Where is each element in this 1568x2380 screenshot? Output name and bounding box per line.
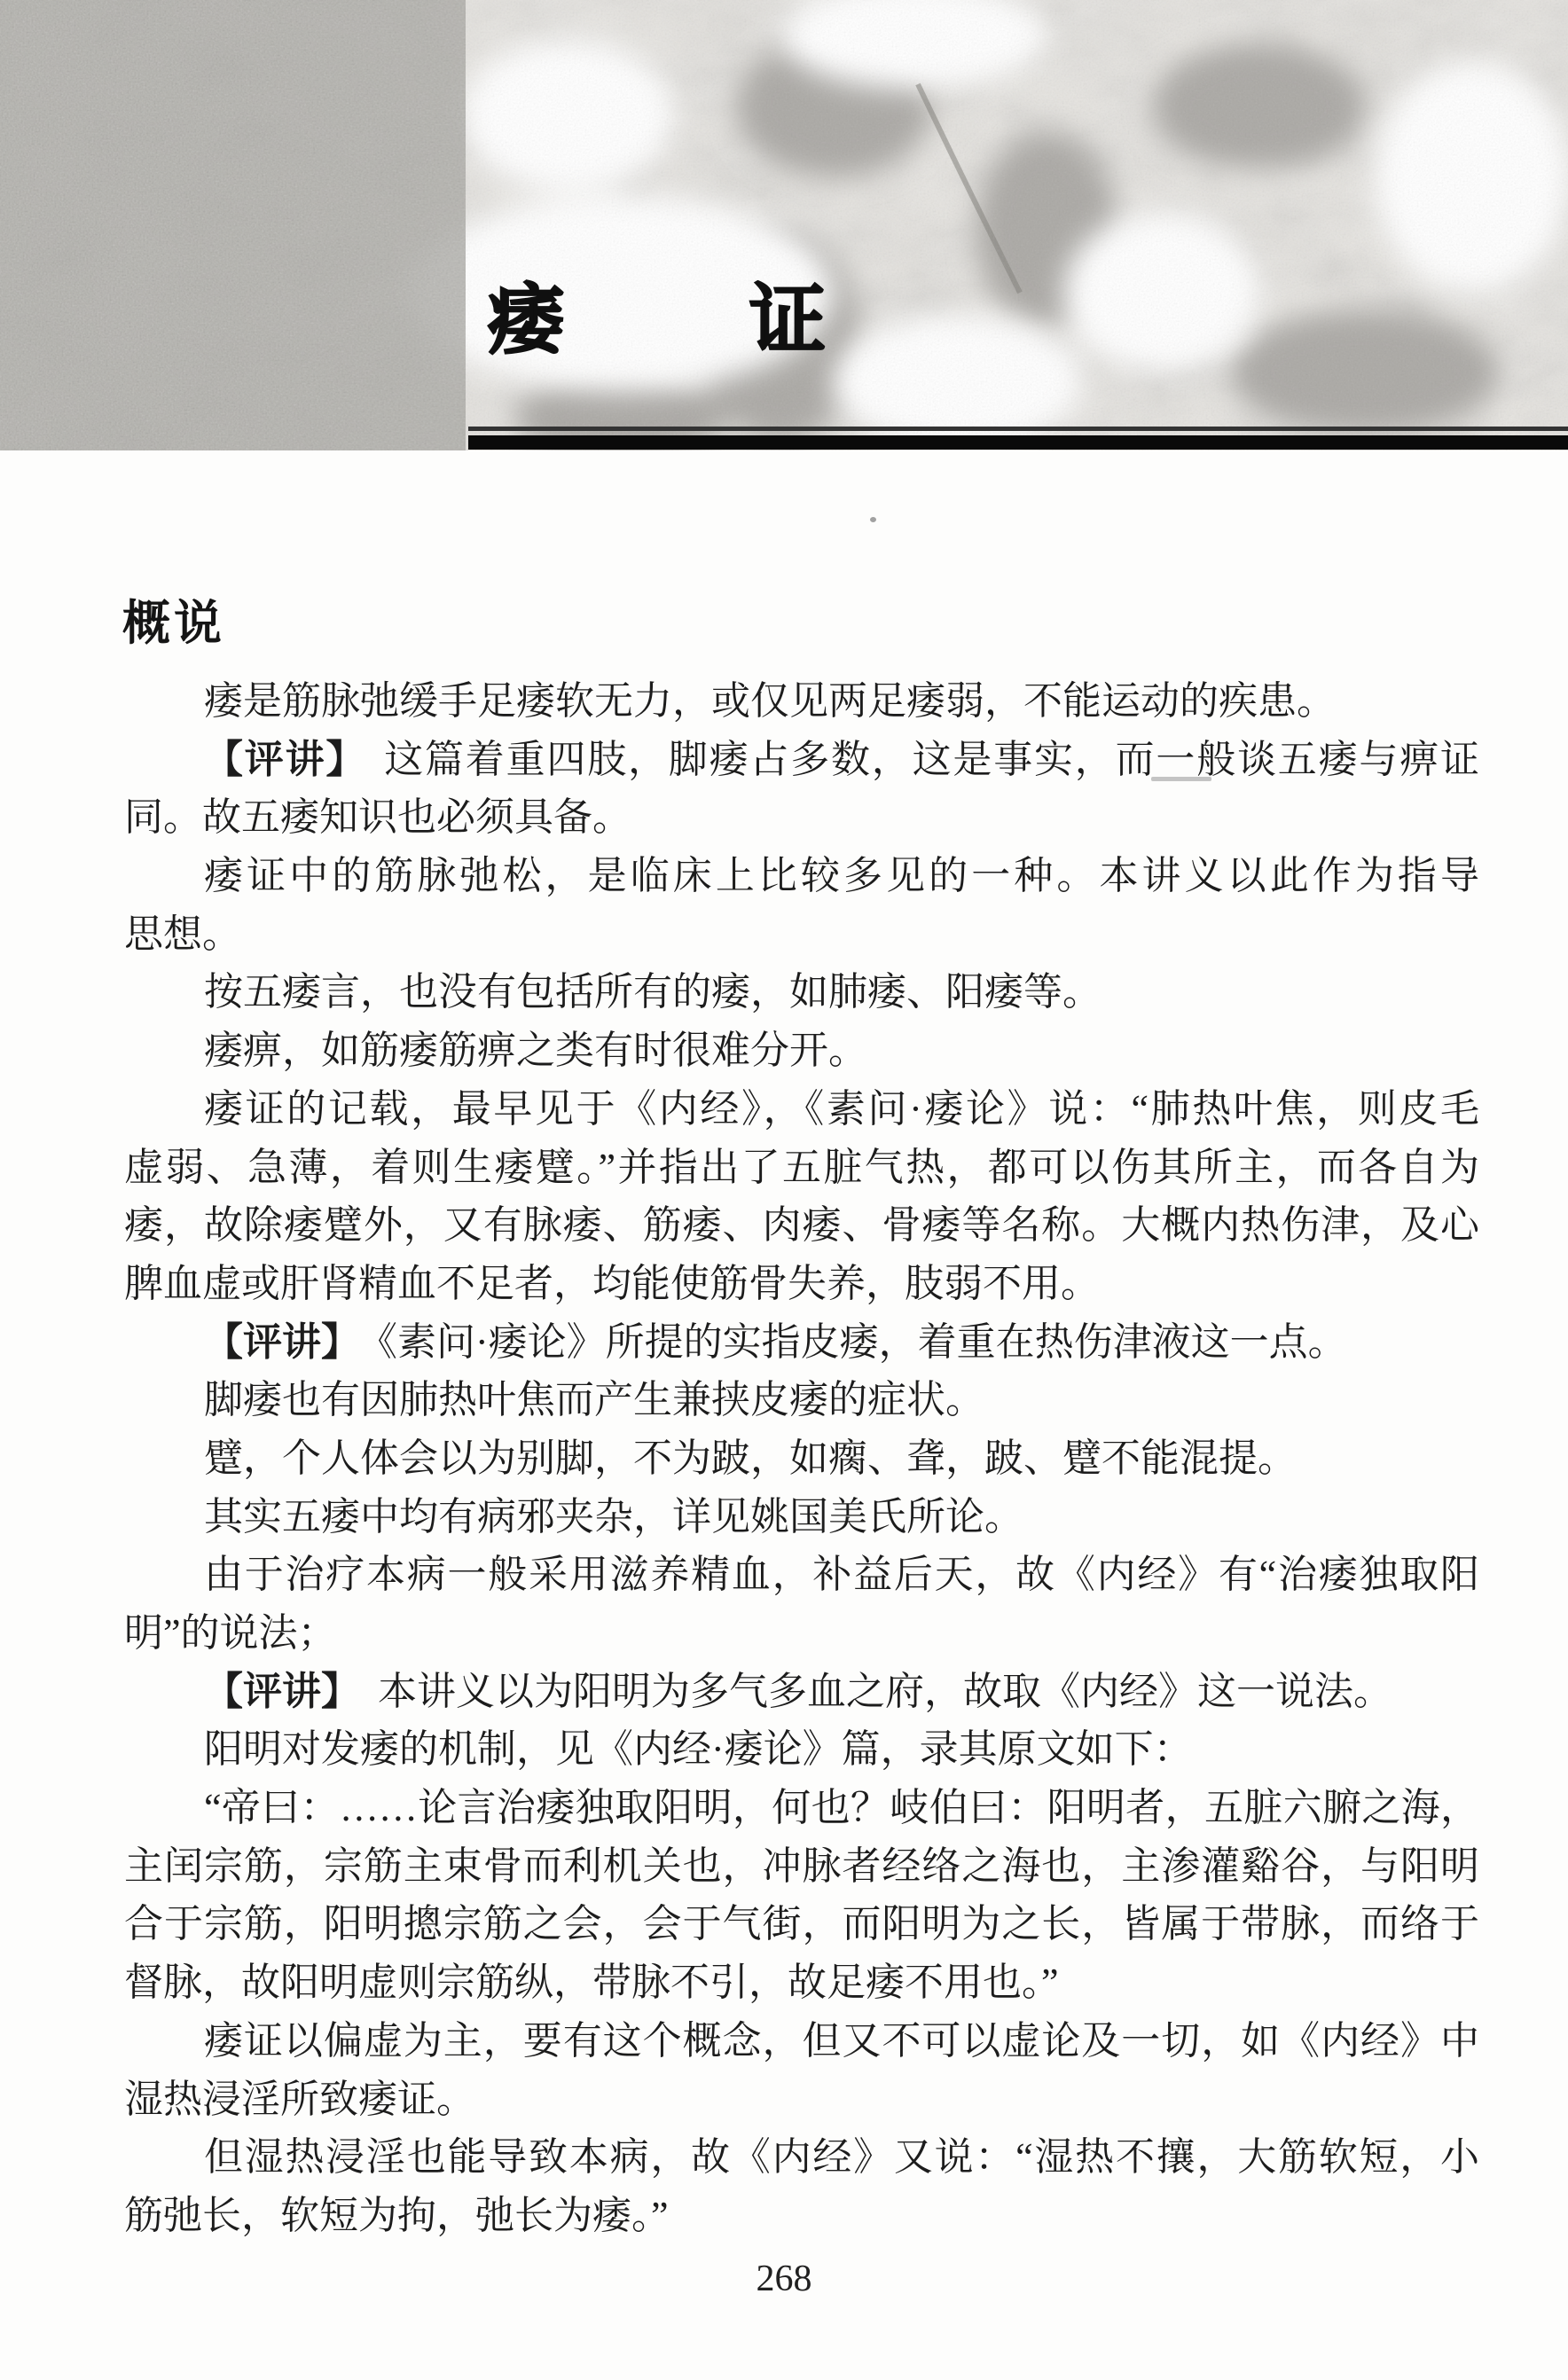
text-line: 明”的说法； <box>124 1604 1479 1663</box>
book-page: 痿 证 概说 痿是筋脉弛缓手足痿软无力，或仅见两足痿弱，不能运动的疾患。【评讲】… <box>0 0 1568 2380</box>
comment-tag: 【评讲】 <box>204 738 366 781</box>
text-line: 阳明对发痿的机制，见《内经·痿论》篇，录其原文如下： <box>124 1720 1479 1779</box>
text-line: 督脉，故阳明虚则宗筋纵，带脉不引，故足痿不用也。” <box>124 1953 1479 2012</box>
ink-speck-artifact <box>870 517 876 522</box>
text-line: 其实五痿中均有病邪夹杂，详见姚国美氏所论。 <box>124 1488 1479 1546</box>
text-line: 躄，个人体会以为别脚，不为跛，如瘸、聋，跛、躄不能混提。 <box>124 1429 1479 1488</box>
body-text: 痿是筋脉弛缓手足痿软无力，或仅见两足痿弱，不能运动的疾患。【评讲】这篇着重四肢，… <box>124 672 1479 2245</box>
text-line: 筋弛长，软短为拘，弛长为痿。” <box>124 2187 1479 2245</box>
text-line: 痿证中的筋脉弛松，是临床上比较多见的一种。本讲义以此作为指导 <box>124 847 1479 905</box>
text-line: 湿热浸淫所致痿证。 <box>124 2071 1479 2129</box>
comment-tag: 【评讲】 <box>204 1670 360 1713</box>
text-line: 痿痹，如筋痿筋痹之类有时很难分开。 <box>124 1022 1479 1080</box>
comment-tag: 【评讲】 <box>204 1320 360 1364</box>
text-line: 【评讲】《素问·痿论》所提的实指皮痿，着重在热伤津液这一点。 <box>124 1313 1479 1372</box>
text-line: 合于宗筋，阳明摠宗筋之会，会于气街，而阳明为之长，皆属于带脉，而络于 <box>124 1895 1479 1953</box>
text-line: 虚弱、急薄，着则生痿躄。”并指出了五脏气热，都可以伤其所主，而各自为 <box>124 1139 1479 1197</box>
text-line: 痿，故除痿躄外，又有脉痿、筋痿、肉痿、骨痿等名称。大概内热伤津，及心 <box>124 1196 1479 1255</box>
text-line: 痿证的记载，最早见于《内经》，《素问·痿论》说：“肺热叶焦，则皮毛 <box>124 1080 1479 1139</box>
section-heading: 概说 <box>122 583 225 663</box>
page-title-char-2: 证 <box>749 282 826 358</box>
text-line: 痿是筋脉弛缓手足痿软无力，或仅见两足痿弱，不能运动的疾患。 <box>124 672 1479 731</box>
page-number: 268 <box>0 2258 1568 2300</box>
header-texture-image <box>0 0 1568 450</box>
text-line: “帝曰：……论言治痿独取阳明，何也？岐伯曰：阳明者，五脏六腑之海， <box>124 1779 1479 1837</box>
header-rule-thick <box>468 435 1568 450</box>
text-line: 【评讲】这篇着重四肢，脚痿占多数，这是事实，而一般谈五痿与痹证 <box>124 731 1479 789</box>
text-line: 按五痿言，也没有包括所有的痿，如肺痿、阳痿等。 <box>124 963 1479 1022</box>
chapter-header: 痿 证 <box>0 0 1568 450</box>
text-line: 主闰宗筋，宗筋主束骨而利机关也，冲脉者经络之海也，主渗灌谿谷，与阳明 <box>124 1837 1479 1896</box>
text-line: 脚痿也有因肺热叶焦而产生兼挟皮痿的症状。 <box>124 1371 1479 1429</box>
page-title-char-1: 痿 <box>488 282 564 358</box>
text-line: 【评讲】本讲义以为阳明为多气多血之府，故取《内经》这一说法。 <box>124 1663 1479 1721</box>
text-line: 思想。 <box>124 905 1479 964</box>
header-rule-thin <box>468 427 1568 431</box>
text-line: 脾血虚或肝肾精血不足者，均能使筋骨失养，肢弱不用。 <box>124 1255 1479 1313</box>
text-line: 同。故五痿知识也必须具备。 <box>124 788 1479 847</box>
smudge-artifact <box>1151 777 1211 781</box>
text-line: 痿证以偏虚为主，要有这个概念，但又不可以虚论及一切，如《内经》中 <box>124 2012 1479 2071</box>
text-line: 但湿热浸淫也能导致本病，故《内经》又说：“湿热不攘，大筋软短，小 <box>124 2128 1479 2187</box>
text-line: 由于治疗本病一般采用滋养精血，补益后天，故《内经》有“治痿独取阳 <box>124 1546 1479 1604</box>
